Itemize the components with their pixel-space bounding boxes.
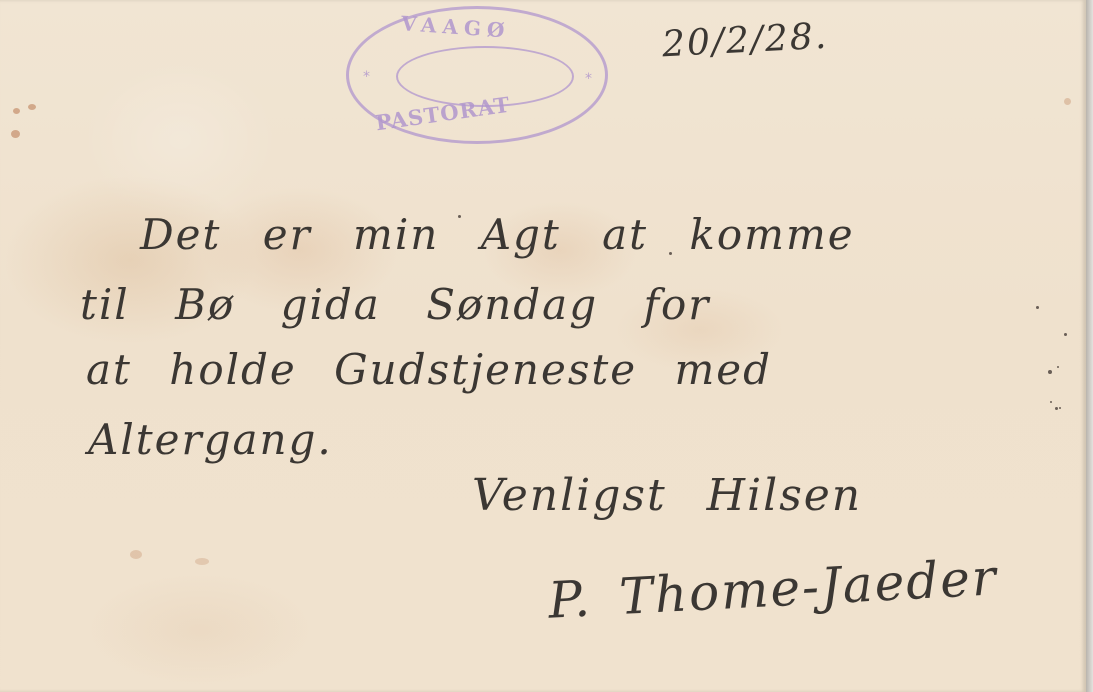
ink-speck xyxy=(1048,370,1052,374)
ink-speck xyxy=(1064,333,1067,336)
stain-spot xyxy=(1064,98,1071,105)
stamp-top-text: VAAGØ xyxy=(400,11,511,43)
stain-spot xyxy=(130,550,142,559)
stamp-star-icon: * xyxy=(585,71,592,87)
ink-speck xyxy=(1057,366,1059,368)
ink-speck xyxy=(1059,407,1061,409)
closing: Venligst Hilsen xyxy=(472,470,862,521)
ink-speck xyxy=(1050,401,1052,403)
signature: P. Thome-Jaeder xyxy=(547,548,999,629)
stain-spot xyxy=(13,108,20,114)
stain-spot xyxy=(28,104,36,110)
stain-spot xyxy=(195,558,209,565)
pastorate-stamp: VAAGØ * * PASTORAT xyxy=(346,6,608,144)
date: 20/2/28. xyxy=(661,16,829,66)
body-line: Altergang. xyxy=(88,415,333,464)
body-line: at holde Gudstjeneste med xyxy=(86,345,772,394)
body-line: Det er min Agt at komme xyxy=(140,210,855,259)
body-line: til Bø gida Søndag for xyxy=(80,280,710,329)
ink-speck xyxy=(1036,306,1039,309)
stain-spot xyxy=(11,130,20,138)
ink-speck xyxy=(1055,407,1058,410)
postcard: VAAGØ * * PASTORAT 20/2/28. Det er min A… xyxy=(0,0,1086,692)
stamp-star-icon: * xyxy=(363,69,370,85)
card-edge xyxy=(1086,0,1093,692)
